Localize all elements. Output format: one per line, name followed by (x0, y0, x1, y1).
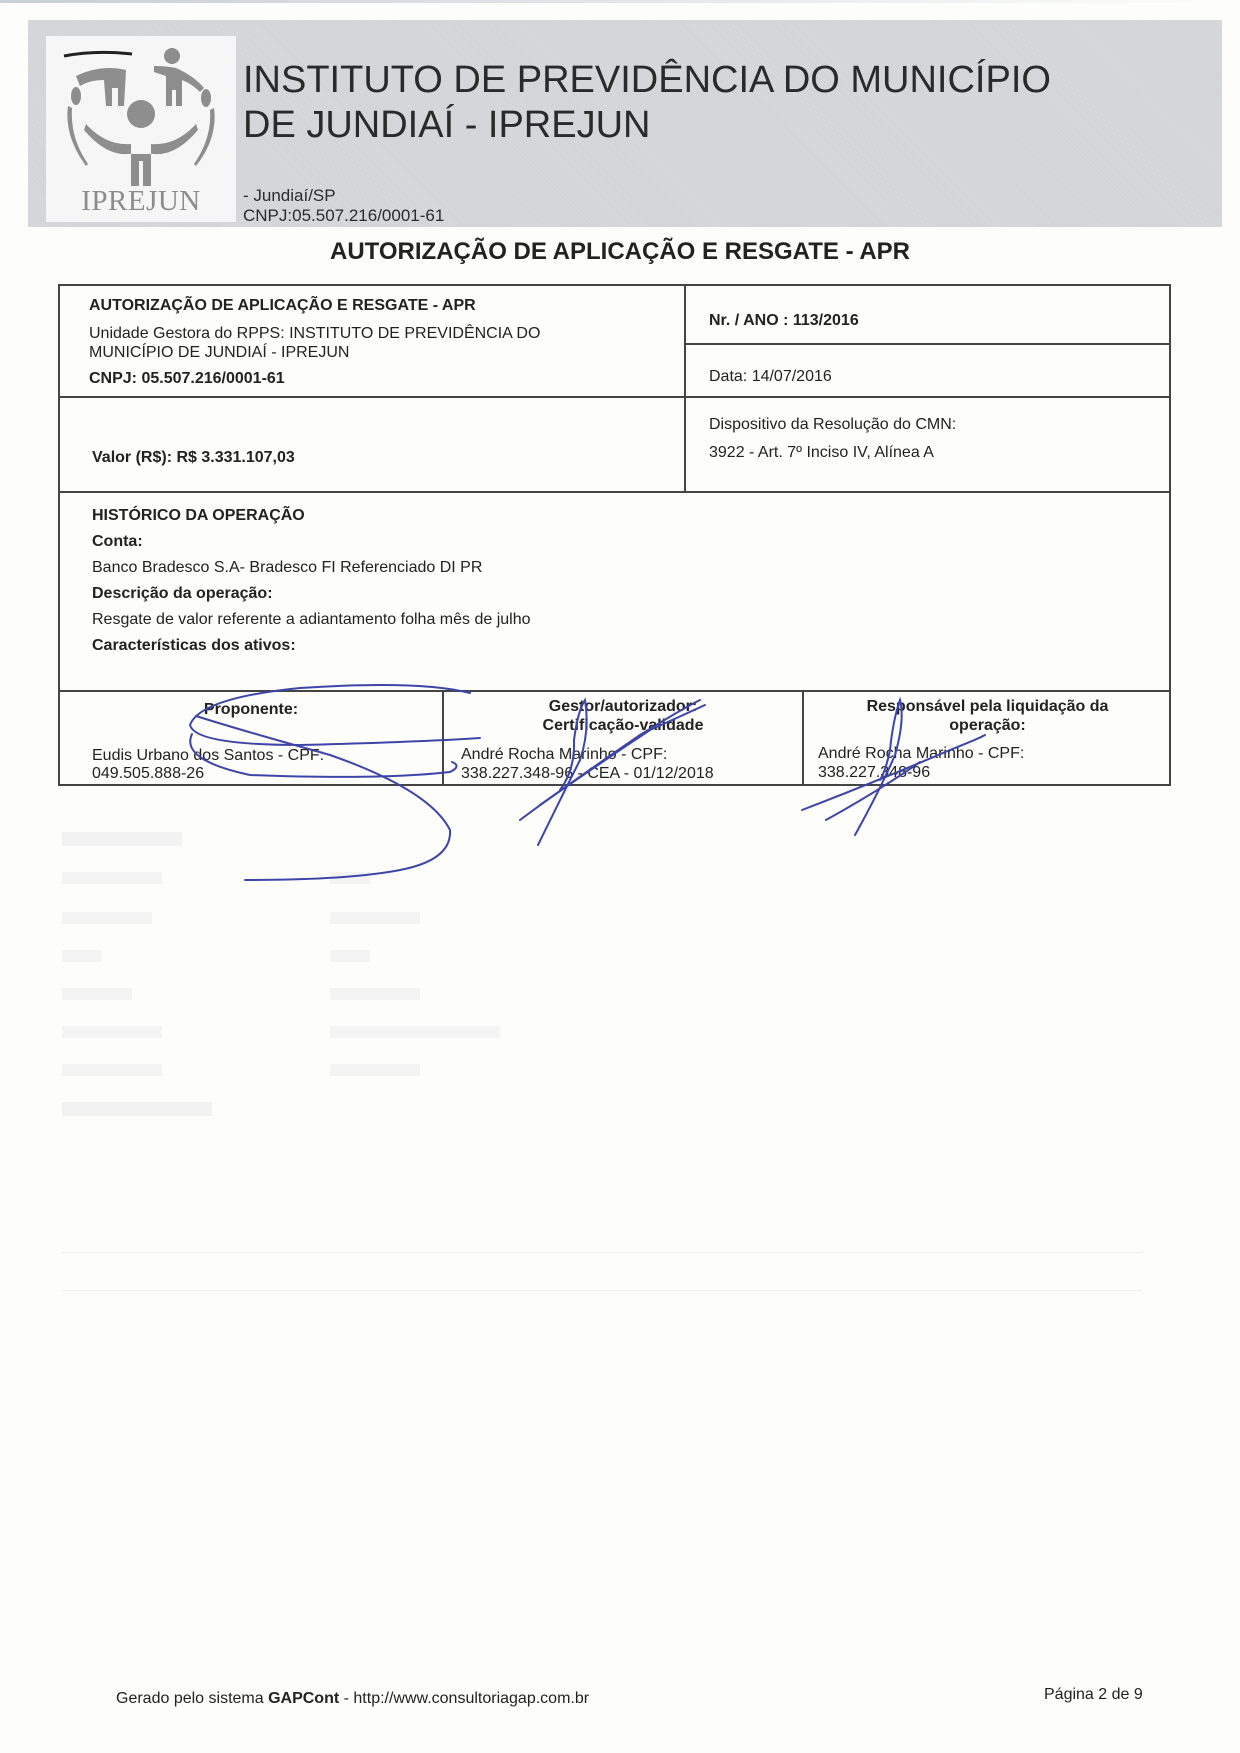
descricao-value: Resgate de valor referente a adiantament… (92, 610, 531, 629)
row-divider (58, 491, 1171, 493)
liquidacao-name: André Rocha Marinho - CPF: (818, 744, 1024, 763)
conta-label: Conta: (92, 532, 143, 551)
scan-edge (0, 0, 1240, 3)
institution-logo: IPREJUN (46, 36, 236, 222)
page-number: Página 2 de 9 (1044, 1686, 1143, 1704)
form-date: Data: 14/07/2016 (709, 367, 832, 386)
logo-wordmark: IPREJUN (46, 185, 236, 218)
footer-generated-by: Gerado pelo sistema GAPCont - http://www… (116, 1690, 589, 1708)
footer-url[interactable]: - http://www.consultoriagap.com.br (339, 1690, 589, 1707)
row-divider (58, 396, 1171, 398)
pen-mark (64, 52, 132, 56)
dispositivo-value: 3922 - Art. 7º Inciso IV, Alínea A (709, 443, 934, 462)
form-cnpj: CNPJ: 05.507.216/0001-61 (89, 369, 285, 388)
descricao-label: Descrição da operação: (92, 584, 273, 603)
proponente-role: Proponente: (60, 700, 442, 719)
row-divider (58, 690, 1171, 692)
numero-ano: Nr. / ANO : 113/2016 (709, 311, 859, 330)
footer-prefix: Gerado pelo sistema (116, 1690, 268, 1707)
institution-name-line1: INSTITUTO DE PREVIDÊNCIA DO MUNICÍPIO (243, 58, 1051, 103)
document-title: AUTORIZAÇÃO DE APLICAÇÃO E RESGATE - APR (0, 238, 1240, 266)
gestor-cpf: 338.227.348-96 - CEA - 01/12/2018 (461, 764, 714, 783)
proponente-cpf: 049.505.888-26 (92, 764, 204, 783)
caracteristicas-label: Características dos ativos: (92, 636, 296, 655)
liquidacao-role: Responsável pela liquidação da (804, 697, 1171, 716)
column-divider (684, 284, 686, 491)
footer-system-name: GAPCont (268, 1690, 339, 1707)
conta-value: Banco Bradesco S.A- Bradesco FI Referenc… (92, 558, 482, 577)
institution-name: INSTITUTO DE PREVIDÊNCIA DO MUNICÍPIO DE… (243, 58, 1051, 148)
proponente-name: Eudis Urbano dos Santos - CPF: (92, 746, 324, 765)
institution-cnpj: CNPJ:05.507.216/0001-61 (243, 206, 444, 226)
people-circle-icon (46, 36, 236, 186)
gestor-name: André Rocha Marinho - CPF: (461, 745, 667, 764)
gestor-role: Gestor/autorizador: (444, 697, 802, 716)
row-divider (684, 343, 1171, 345)
valor-amount: Valor (R$): R$ 3.331.107,03 (92, 448, 295, 467)
form-box-title: AUTORIZAÇÃO DE APLICAÇÃO E RESGATE - APR (89, 296, 476, 315)
historico-title: HISTÓRICO DA OPERAÇÃO (92, 506, 305, 525)
dispositivo-label: Dispositivo da Resolução do CMN: (709, 415, 956, 434)
institution-name-line2: DE JUNDIAÍ - IPREJUN (243, 103, 1051, 148)
liquidacao-cpf: 338.227.348-96 (818, 763, 930, 782)
institution-city: - Jundiaí/SP (243, 186, 336, 206)
liquidacao-role-cont: operação: (804, 716, 1171, 735)
unidade-gestora-line2: MUNICÍPIO DE JUNDIAÍ - IPREJUN (89, 343, 349, 362)
gestor-certification: Certificação-validade (444, 716, 802, 735)
unidade-gestora-line1: Unidade Gestora do RPPS: INSTITUTO DE PR… (89, 324, 540, 343)
